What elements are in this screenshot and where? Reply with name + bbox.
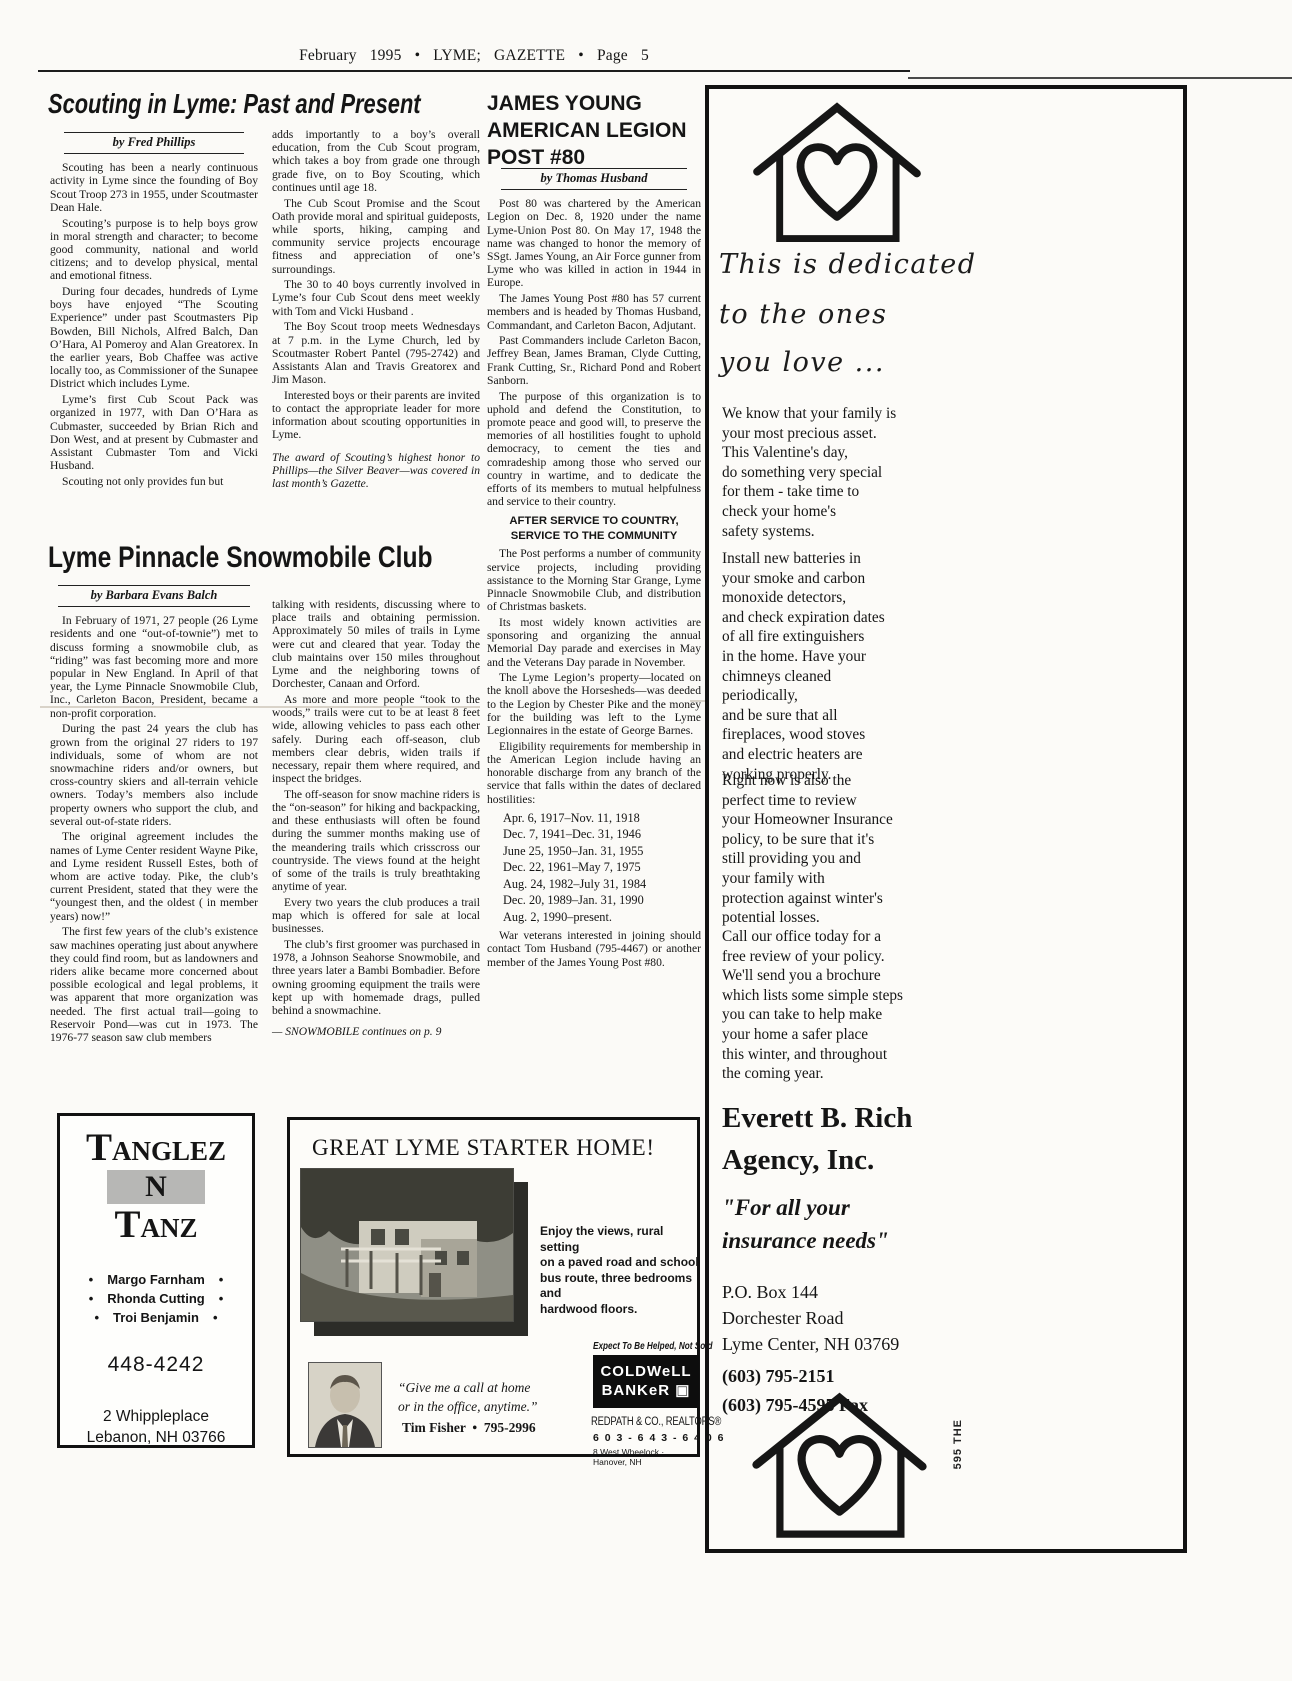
agency-tagline: "For all your insurance needs" — [722, 1191, 889, 1257]
ad-paragraph: Call our office today for a free review … — [722, 927, 1037, 1084]
scouting-paragraph: The 30 to 40 boys currently involved in … — [272, 278, 480, 318]
bullet: • — [205, 1272, 238, 1287]
agency-address: P.O. Box 144 Dorchester Road Lyme Center… — [722, 1279, 899, 1357]
scouting-column-1: by Fred Phillips Scouting has been a nea… — [50, 132, 258, 491]
legion-paragraph: The Post performs a number of community … — [487, 547, 701, 613]
salon-name-line2: N — [107, 1170, 205, 1204]
coldwell-banker-logo: COLDWeLL BANKeR ▣ — [593, 1355, 699, 1408]
salon-phone: 448-4242 — [60, 1353, 252, 1377]
scouting-paragraph: Scouting not only provides fun but — [50, 475, 258, 488]
stylist-name-text: Margo Farnham — [107, 1272, 205, 1287]
date-range: Dec. 22, 1961–May 7, 1975 — [503, 859, 701, 876]
bullet: • — [75, 1291, 108, 1306]
salon-name: TANGLEZ N TANZ — [60, 1128, 252, 1246]
date-range: June 25, 1950–Jan. 31, 1955 — [503, 843, 701, 860]
date-range: Dec. 7, 1941–Dec. 31, 1946 — [503, 826, 701, 843]
snowmobile-paragraph: The original agreement includes the name… — [50, 830, 258, 922]
house-heart-icon — [739, 97, 935, 254]
salon-name-line3: TANZ — [60, 1205, 252, 1246]
legion-hostility-dates: Apr. 6, 1917–Nov. 11, 1918 Dec. 7, 1941–… — [503, 810, 701, 926]
legion-byline: by Thomas Husband — [501, 168, 687, 190]
legion-column: by Thomas Husband Post 80 was chartered … — [487, 168, 701, 971]
ad-paragraph: We know that your family is your most pr… — [722, 404, 1037, 541]
stylist-name: •Rhonda Cutting• — [60, 1291, 252, 1306]
scouting-paragraph: The Boy Scout troop meets Wednesdays at … — [272, 320, 480, 386]
dedication-script-line: This is dedicated — [719, 249, 977, 280]
stylist-name-text: Rhonda Cutting — [107, 1291, 204, 1306]
snowmobile-paragraph: Every two years the club produces a trai… — [272, 896, 480, 936]
salon-address: 2 Whippleplace Lebanon, NH 03766 — [60, 1406, 252, 1448]
scouting-article-title: Scouting in Lyme: Past and Present — [48, 88, 421, 120]
scouting-footnote: The award of Scouting’s highest honor to… — [272, 451, 480, 491]
snowmobile-paragraph: In February of 1971, 27 people (26 Lyme … — [50, 614, 258, 720]
house-photo — [300, 1168, 514, 1322]
scouting-paragraph: adds importantly to a boy’s overall educ… — [272, 128, 480, 194]
snowmobile-byline: by Barbara Evans Balch — [58, 585, 250, 607]
legion-paragraph: The Lyme Legion’s property—located on th… — [487, 671, 701, 737]
scouting-paragraph: Scouting has been a nearly continuous ac… — [50, 161, 258, 214]
date-range: Dec. 20, 1989–Jan. 31, 1990 — [503, 892, 701, 909]
salon-name-line1: TANGLEZ — [60, 1128, 252, 1169]
snowmobile-column-2: talking with residents, discussing where… — [272, 598, 480, 1039]
ad-paragraph: Install new batteries in your smoke and … — [722, 549, 1037, 784]
tanglez-ad-box: TANGLEZ N TANZ •Margo Farnham• •Rhonda C… — [57, 1113, 255, 1448]
realtor-name: REDPATH & CO., REALTORS® — [591, 1416, 721, 1428]
scouting-paragraph: Scouting’s purpose is to help boys grow … — [50, 217, 258, 283]
realty-ad-headline: GREAT LYME STARTER HOME! — [312, 1135, 655, 1161]
scouting-column-2: adds importantly to a boy’s overall educ… — [272, 128, 480, 493]
scouting-footnote-text: The award of Scouting’s highest honor to… — [272, 451, 480, 491]
snowmobile-paragraph: As more and more people “took to the woo… — [272, 693, 480, 785]
legion-subhead: AFTER SERVICE TO COUNTRY, SERVICE TO THE… — [487, 514, 701, 543]
stylist-name: •Margo Farnham• — [60, 1272, 252, 1287]
scouting-paragraph: During four decades, hundreds of Lyme bo… — [50, 285, 258, 391]
snowmobile-continuation-note: — SNOWMOBILE continues on p. 9 — [272, 1025, 480, 1038]
agency-name: Everett B. Rich Agency, Inc. — [722, 1097, 912, 1181]
snowmobile-paragraph: The first few years of the club’s existe… — [50, 925, 258, 1044]
stylist-list: •Margo Farnham• •Rhonda Cutting• •Troi B… — [60, 1268, 252, 1325]
snowmobile-column-1: by Barbara Evans Balch In February of 19… — [50, 585, 258, 1047]
snowmobile-paragraph: talking with residents, discussing where… — [272, 598, 480, 690]
stylist-name: •Troi Benjamin• — [60, 1310, 252, 1325]
scouting-paragraph: The Cub Scout Promise and the Scout Oath… — [272, 197, 480, 276]
snowmobile-paragraph: During the past 24 years the club has gr… — [50, 722, 258, 828]
snowmobile-paragraph: The club’s first groomer was purchased i… — [272, 938, 480, 1017]
legion-paragraph: The James Young Post #80 has 57 current … — [487, 292, 701, 332]
date-range: Aug. 2, 1990–present. — [503, 909, 701, 926]
insurance-ad-box: This is dedicated to the ones you love .… — [705, 85, 1187, 1553]
masthead: February 1995 • LYME; GAZETTE • Page 5 — [40, 47, 908, 65]
masthead-rule — [38, 70, 910, 72]
bullet: • — [80, 1310, 113, 1325]
agent-name-phone: Tim Fisher • 795-2996 — [402, 1420, 536, 1436]
ad-paragraph: Right now is also the perfect time to re… — [722, 771, 1037, 928]
legion-paragraph: Eligibility requirements for membership … — [487, 740, 701, 806]
scouting-byline: by Fred Phillips — [64, 132, 244, 154]
legion-article-title: JAMES YOUNG AMERICAN LEGION POST #80 — [487, 90, 687, 171]
scouting-paragraph: Lyme’s first Cub Scout Pack was organize… — [50, 393, 258, 472]
masthead-rule-right — [908, 77, 1292, 79]
bullet: • — [205, 1291, 238, 1306]
legion-paragraph: War veterans interested in joining shoul… — [487, 929, 701, 969]
date-range: Aug. 24, 1982–July 31, 1984 — [503, 876, 701, 893]
bullet: • — [75, 1272, 108, 1287]
date-range: Apr. 6, 1917–Nov. 11, 1918 — [503, 810, 701, 827]
agent-quote: “Give me a call at home or in the office… — [398, 1378, 537, 1416]
snowmobile-paragraph: The off-season for snow machine riders i… — [272, 788, 480, 894]
legion-paragraph: Past Commanders include Carleton Bacon, … — [487, 334, 701, 387]
legion-paragraph: The purpose of this organization is to u… — [487, 390, 701, 509]
dedication-script-line: you love ... — [719, 347, 885, 378]
dedication-script-line: to the ones — [719, 299, 887, 330]
agent-portrait-photo — [308, 1362, 382, 1448]
legion-paragraph: Post 80 was chartered by the American Le… — [487, 197, 701, 289]
listing-description: Enjoy the views, rural setting on a pave… — [540, 1224, 700, 1317]
realtor-phone: 6 0 3 - 6 4 3 - 6 4 0 6 — [593, 1432, 725, 1444]
snowmobile-article-title: Lyme Pinnacle Snowmobile Club — [48, 541, 433, 575]
scan-stamp-text: 595 THE — [952, 1419, 964, 1469]
realty-ad-box: GREAT LYME STARTER HOME! Enjoy the views… — [287, 1117, 700, 1457]
newspaper-page: February 1995 • LYME; GAZETTE • Page 5 S… — [0, 0, 1292, 1681]
house-heart-icon — [717, 1387, 962, 1550]
bullet: • — [199, 1310, 232, 1325]
stylist-name-text: Troi Benjamin — [113, 1310, 199, 1325]
broker-slogan: Expect To Be Helped, Not Sold — [593, 1341, 683, 1352]
scouting-paragraph: Interested boys or their parents are inv… — [272, 389, 480, 442]
realtor-location: 8 West Wheelock · Hanover, NH — [593, 1447, 697, 1467]
legion-paragraph: Its most widely known activities are spo… — [487, 616, 701, 669]
